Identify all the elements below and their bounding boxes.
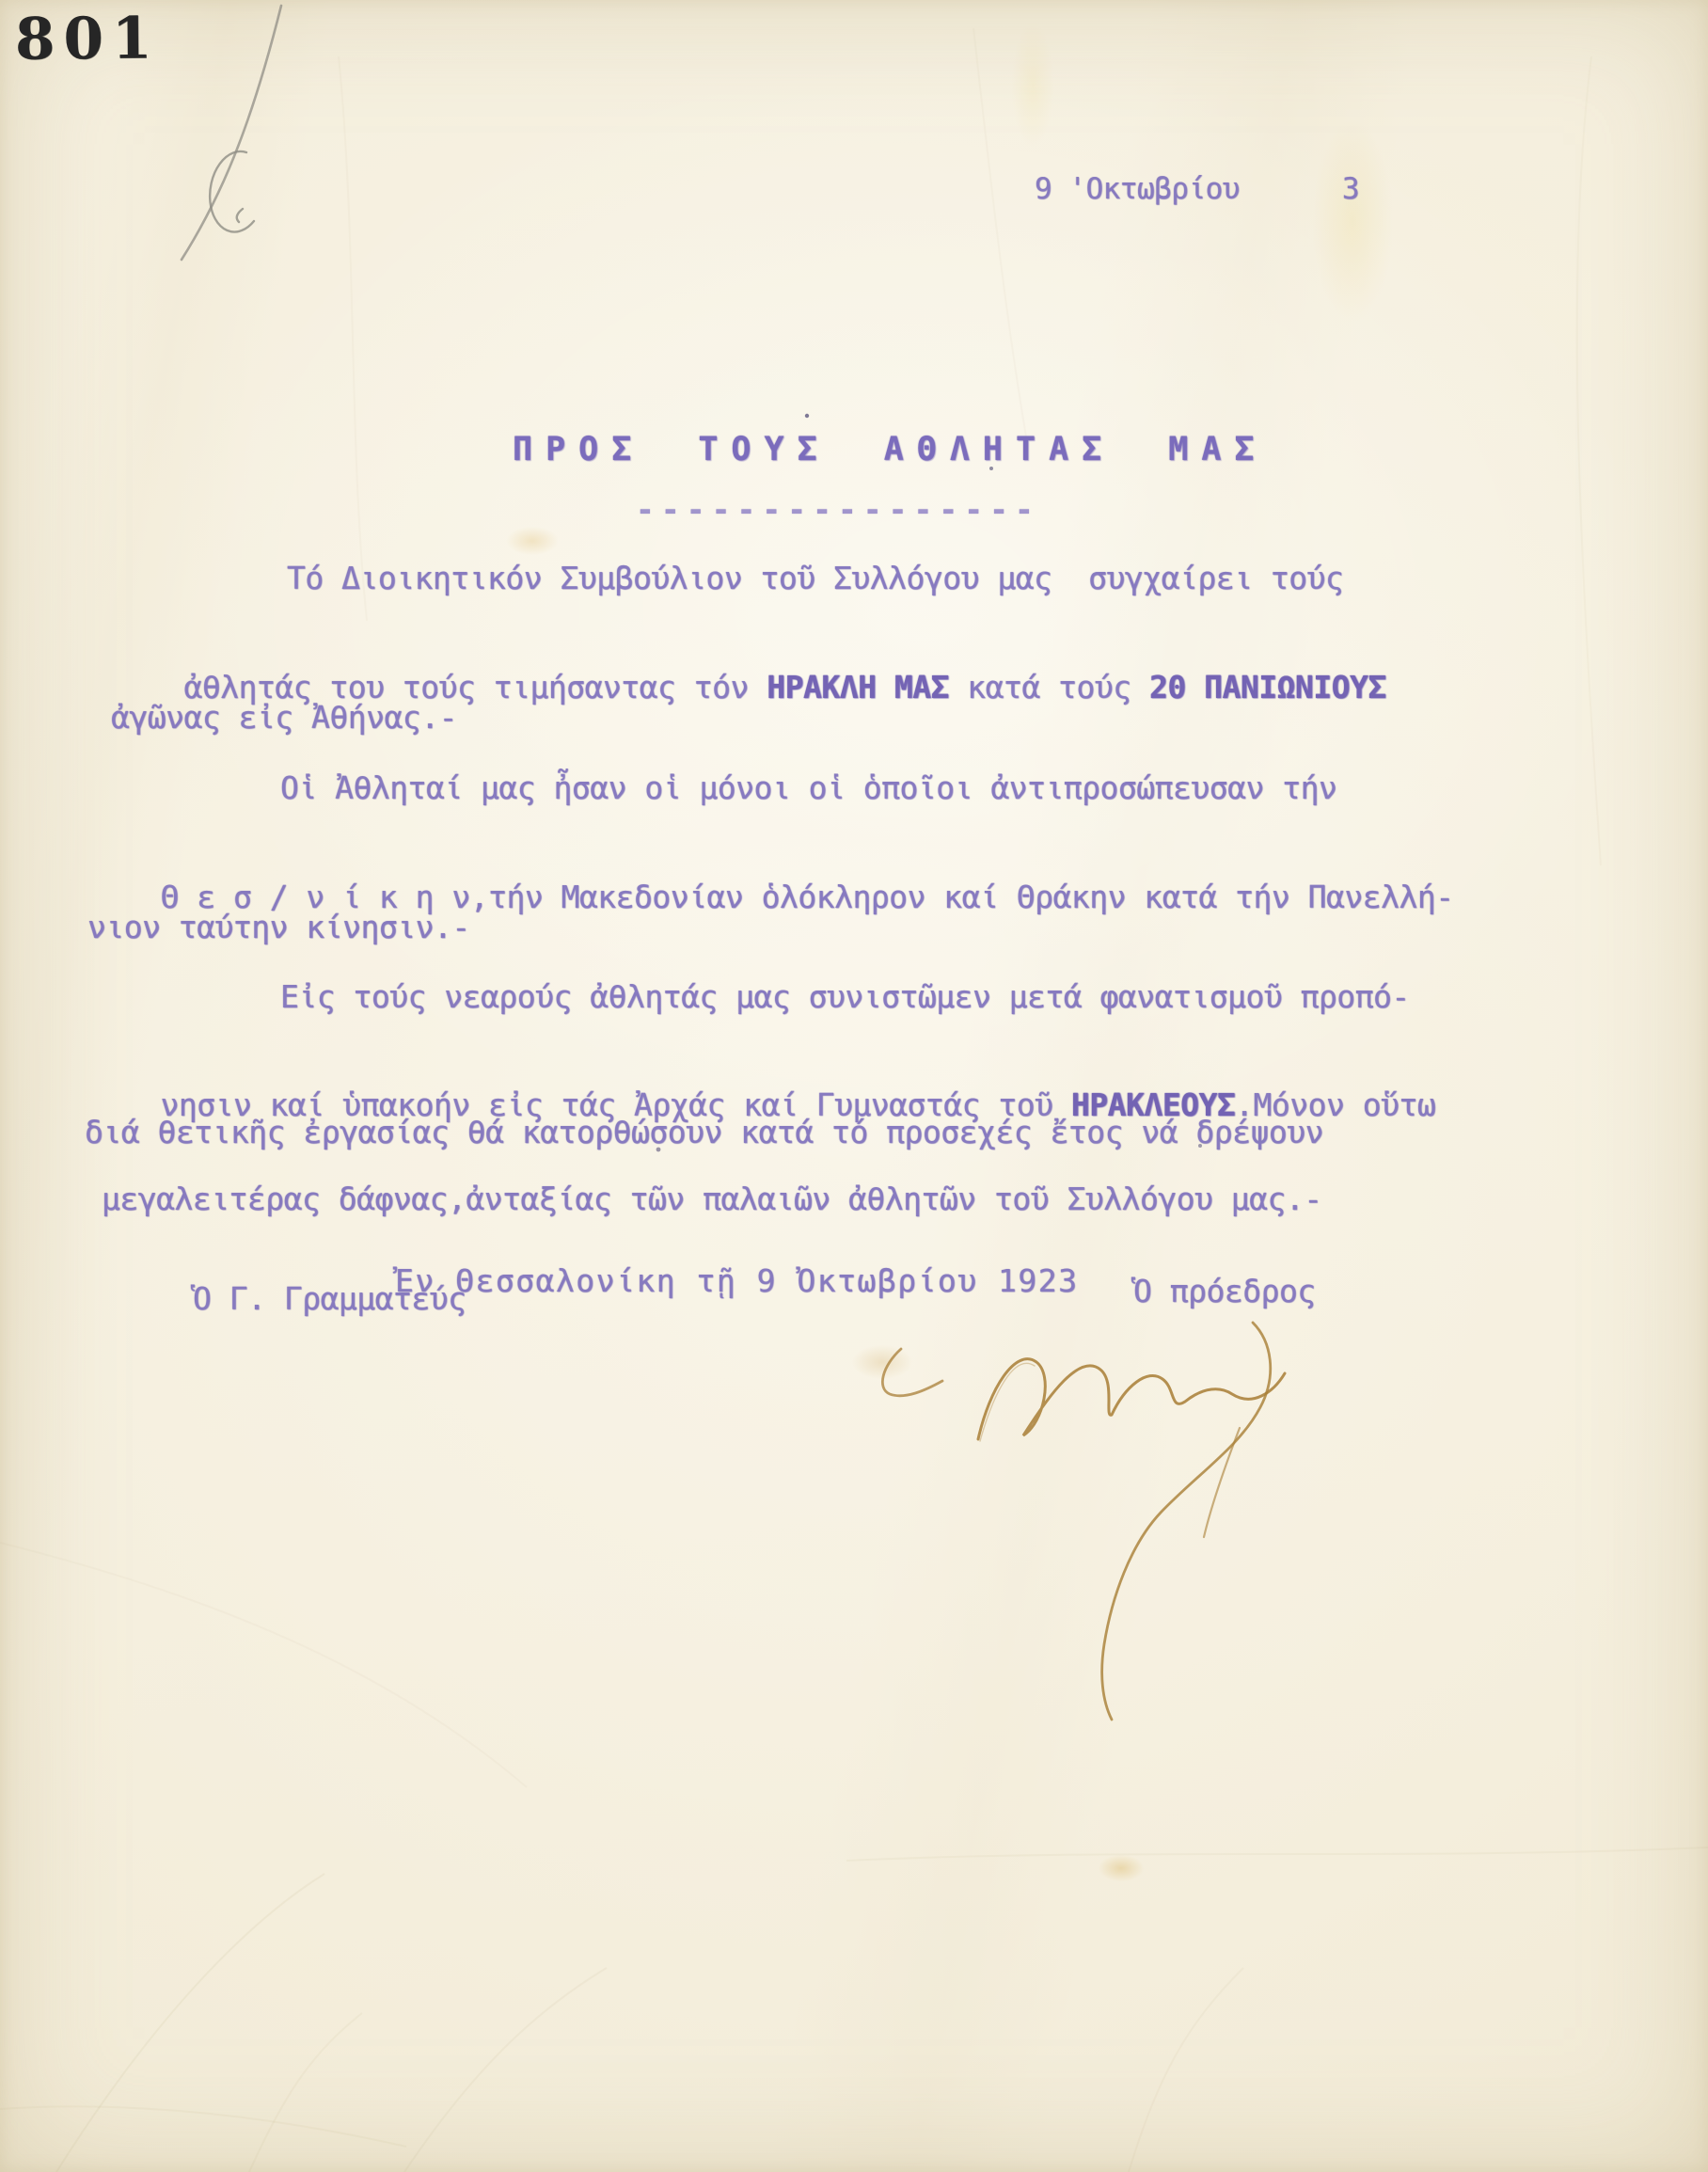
pencil-oval: [210, 151, 254, 232]
scanned-letter-page: 801 9 'Οκτωβρίου 3 ΠΡΟΣ Τ: [0, 0, 1708, 2172]
body-line: μεγαλειτέρας δάφνας,ἀνταξίας τῶν παλαιῶν…: [102, 1180, 1322, 1219]
body-text: τήν Μακεδονίαν ὁλόκληρον καί Θράκην κατά…: [488, 879, 1454, 915]
body-line: ἀγῶνας εἰς Ἀθήνας.-: [111, 698, 457, 737]
emphasized-text-irakli-mas: ΗΡΑΚΛΗ ΜΑΣ: [767, 669, 949, 706]
pencil-line: [182, 6, 281, 260]
emphasized-text-panionious: 20 ΠΑΝΙΩΝΙΟΥΣ: [1149, 669, 1386, 706]
secretary-signature-label: Ὁ Γ. Γραμματεύς: [193, 1279, 467, 1319]
title-underline: ----------------: [636, 491, 1040, 528]
president-handwritten-signature: [828, 1291, 1430, 1723]
body-line: διά θετικῆς ἐργασίας θά κατορθώσουν κατά…: [85, 1113, 1323, 1152]
body-line: νιον ταύτην κίνησιν.-: [87, 908, 470, 947]
body-line: Τό Διοικητικόν Συμβούλιον τοῦ Συλλόγου μ…: [287, 559, 1343, 598]
letter-title: ΠΡΟΣ ΤΟΥΣ ΑΘΛΗΤΑΣ ΜΑΣ: [513, 431, 1268, 468]
header-date: 9 'Οκτωβρίου 3: [1035, 169, 1359, 209]
archive-number-stamp: 801: [15, 5, 161, 72]
body-line: Οἱ Ἀθληταί μας ἦσαν οἱ μόνοι οἱ ὁποῖοι ἀ…: [280, 769, 1336, 808]
body-line: Εἰς τούς νεαρούς ἀθλητάς μας συνιστῶμεν …: [280, 977, 1410, 1017]
body-text: κατά τούς: [949, 669, 1149, 706]
